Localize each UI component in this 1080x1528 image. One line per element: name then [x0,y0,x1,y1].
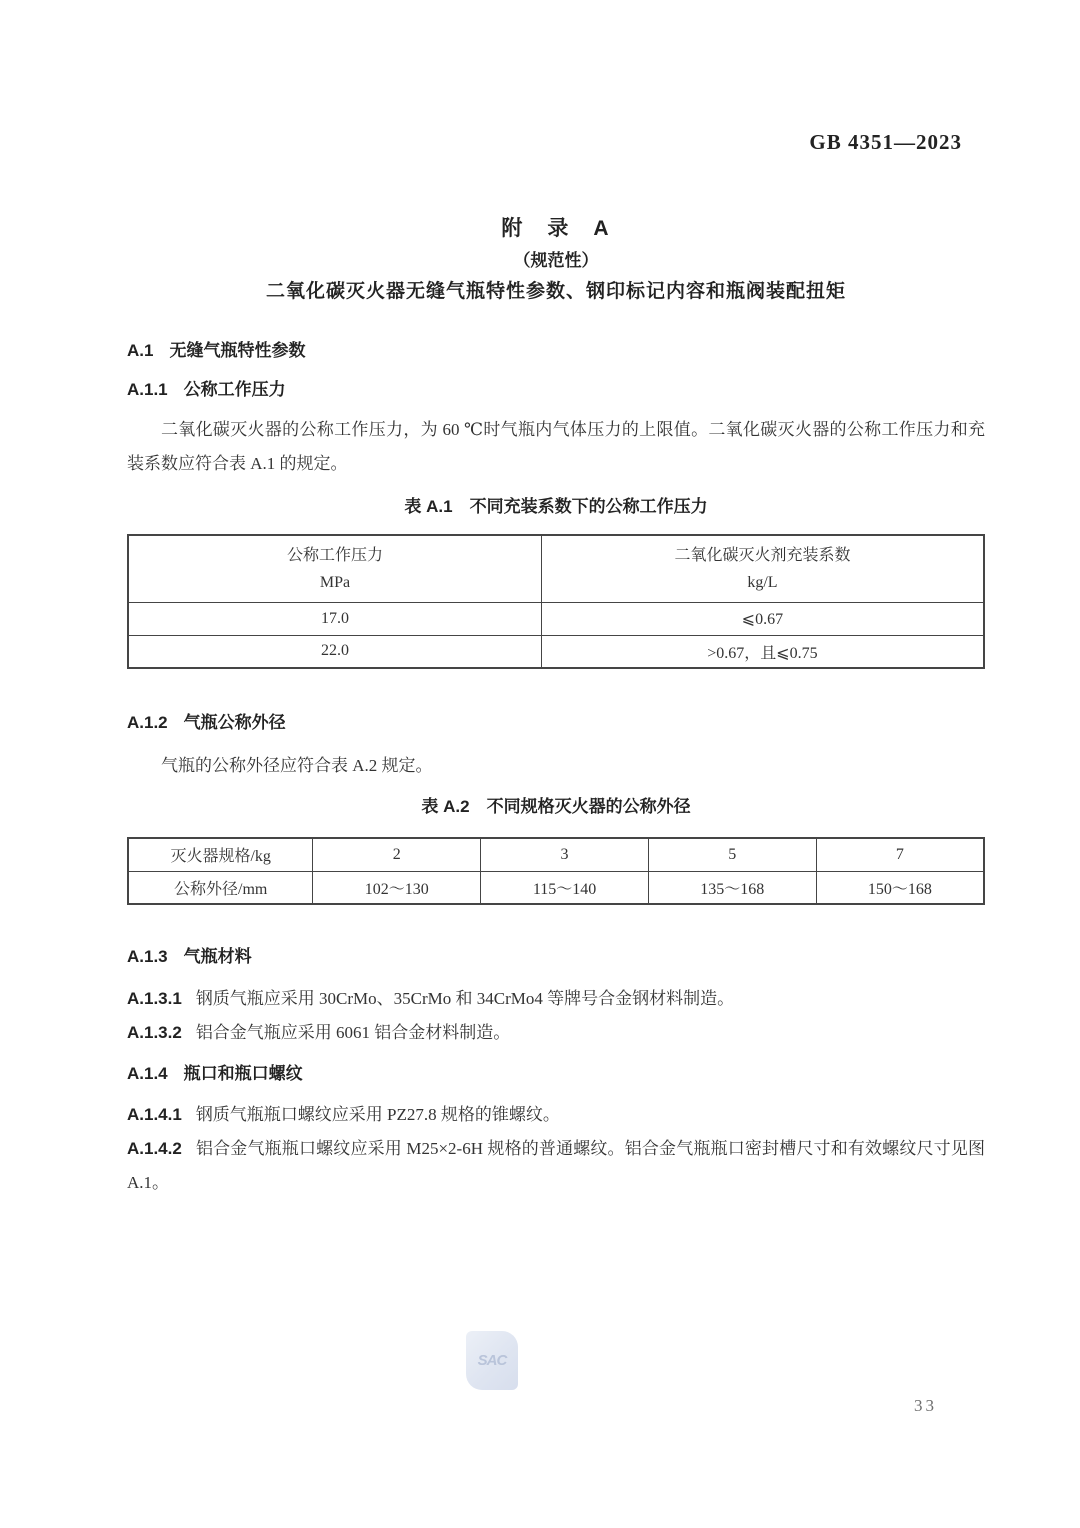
clause-number: A.1.4.2 [127,1139,182,1158]
clause-text: 铝合金气瓶瓶口螺纹应采用 M25×2-6H 规格的普通螺纹。铝合金气瓶瓶口密封槽… [127,1139,985,1192]
table-a1: 公称工作压力 MPa 二氧化碳灭火剂充装系数 kg/L 17.0 ⩽0.67 2… [127,534,985,669]
section-number: A.1 [127,341,153,360]
appendix-subtitle: 二氧化碳灭火器无缝气瓶特性参数、钢印标记内容和瓶阀装配扭矩 [127,278,985,306]
section-heading-a1: A.1无缝气瓶特性参数 [127,339,985,363]
table-cell: ⩽0.67 [541,602,984,635]
table-a1-header-row: 公称工作压力 MPa 二氧化碳灭火剂充装系数 kg/L [128,535,984,602]
appendix-title: 附 录 A [127,216,985,242]
column-unit: kg/L [542,569,983,596]
table-row: 17.0 ⩽0.67 [128,602,984,635]
table-cell: 102～130 [313,871,481,904]
column-name: 公称工作压力 [129,542,541,569]
table-cell: 150～168 [816,871,984,904]
table-cell: 5 [648,838,816,871]
section-heading-a11: A.1.1公称工作压力 [127,378,985,402]
clause-number: A.1.3.2 [127,1023,182,1042]
table-cell: >0.67，且⩽0.75 [541,635,984,668]
table-cell: 135～168 [648,871,816,904]
table-cell: 公称外径/mm [128,871,313,904]
paragraph-a11: 二氧化碳灭火器的公称工作压力，为 60 ℃时气瓶内气体压力的上限值。二氧化碳灭火… [127,413,985,481]
clause-text: 铝合金气瓶应采用 6061 铝合金材料制造。 [196,1023,511,1042]
section-title: 无缝气瓶特性参数 [169,341,305,360]
section-number: A.1.4 [127,1064,168,1083]
clause-text: 钢质气瓶瓶口螺纹应采用 PZ27.8 规格的锥螺纹。 [196,1105,560,1124]
table-cell: 7 [816,838,984,871]
clause-text: 钢质气瓶应采用 30CrMo、35CrMo 和 34CrMo4 等牌号合金钢材料… [196,989,734,1008]
table-cell: 17.0 [128,602,541,635]
clause-a132: A.1.3.2铝合金气瓶应采用 6061 铝合金材料制造。 [127,1016,985,1050]
clause-a131: A.1.3.1钢质气瓶应采用 30CrMo、35CrMo 和 34CrMo4 等… [127,982,985,1016]
table-a1-col2-header: 二氧化碳灭火剂充装系数 kg/L [541,535,984,602]
section-title: 气瓶公称外径 [184,713,286,732]
section-title: 公称工作压力 [184,380,286,399]
table-cell: 2 [313,838,481,871]
clause-a141: A.1.4.1钢质气瓶瓶口螺纹应采用 PZ27.8 规格的锥螺纹。 [127,1098,985,1132]
paragraph-a12: 气瓶的公称外径应符合表 A.2 规定。 [127,749,985,783]
section-title: 气瓶材料 [184,947,252,966]
table-row: 公称外径/mm 102～130 115～140 135～168 150～168 [128,871,984,904]
clause-a142: A.1.4.2铝合金气瓶瓶口螺纹应采用 M25×2-6H 规格的普通螺纹。铝合金… [127,1132,985,1200]
appendix-normative-label: （规范性） [127,249,985,273]
clause-number: A.1.4.1 [127,1105,182,1124]
section-number: A.1.3 [127,947,168,966]
page-content: 附 录 A （规范性） 二氧化碳灭火器无缝气瓶特性参数、钢印标记内容和瓶阀装配扭… [127,0,985,1200]
section-title: 瓶口和瓶口螺纹 [184,1064,303,1083]
table-cell: 115～140 [481,871,649,904]
table-a2: 灭火器规格/kg 2 3 5 7 公称外径/mm 102～130 115～140… [127,837,985,905]
table-cell: 3 [481,838,649,871]
sac-logo-text: SAC [478,1352,507,1369]
page-number: 33 [914,1396,937,1416]
document-page: GB 4351—2023 附 录 A （规范性） 二氧化碳灭火器无缝气瓶特性参数… [0,0,1080,1528]
section-heading-a14: A.1.4瓶口和瓶口螺纹 [127,1062,985,1086]
table-row: 灭火器规格/kg 2 3 5 7 [128,838,984,871]
sac-logo-watermark: SAC [466,1331,518,1390]
section-heading-a13: A.1.3气瓶材料 [127,945,985,969]
section-heading-a12: A.1.2气瓶公称外径 [127,711,985,735]
table-row: 22.0 >0.67，且⩽0.75 [128,635,984,668]
section-number: A.1.2 [127,713,168,732]
column-name: 二氧化碳灭火剂充装系数 [542,542,983,569]
table-cell: 灭火器规格/kg [128,838,313,871]
column-unit: MPa [129,569,541,596]
table-a1-caption: 表 A.1 不同充装系数下的公称工作压力 [127,496,985,518]
section-number: A.1.1 [127,380,168,399]
table-cell: 22.0 [128,635,541,668]
table-a2-caption: 表 A.2 不同规格灭火器的公称外径 [127,796,985,818]
clause-number: A.1.3.1 [127,989,182,1008]
table-a1-col1-header: 公称工作压力 MPa [128,535,541,602]
